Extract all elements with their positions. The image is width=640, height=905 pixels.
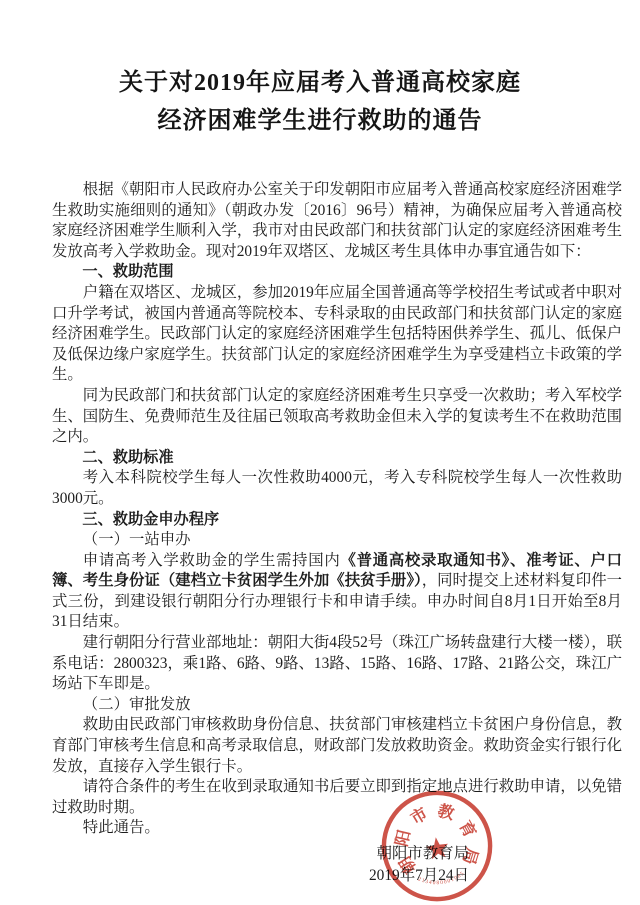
document-title-line-1: 关于对2019年应届考入普通高校家庭 bbox=[0, 64, 640, 102]
document-title-line-2: 经济困难学生进行救助的通告 bbox=[0, 102, 640, 140]
paragraph-scope-2: 同为民政部门和扶贫部门认定的家庭经济困难考生只享受一次救助；考入军校学生、国防生… bbox=[52, 386, 622, 448]
paragraph-intro: 根据《朝阳市人民政府办公室关于印发朝阳市应届考入普通高校家庭经济困难学生救助实施… bbox=[52, 180, 622, 262]
paragraph-approval: 救助由民政部门审核救助身份信息、扶贫部门审核建档立卡贫困户身份信息，教育部门审核… bbox=[52, 715, 622, 777]
paragraph-application: 申请高考入学救助金的学生需持国内《普通高校录取通知书》、准考证、户口簿、考生身份… bbox=[52, 551, 622, 633]
document-body: 根据《朝阳市人民政府办公室关于印发朝阳市应届考入普通高校家庭经济困难学生救助实施… bbox=[52, 180, 622, 887]
signature-organization: 朝阳市教育局 bbox=[52, 843, 469, 865]
section-heading-1: 一、救助范围 bbox=[52, 262, 622, 283]
paragraph-closing: 特此通告。 bbox=[52, 818, 622, 839]
section-heading-3: 三、救助金申办程序 bbox=[52, 510, 622, 531]
paragraph-standard: 考入本科院校学生每人一次性救助4000元，考入专科院校学生每人一次性救助3000… bbox=[52, 468, 622, 509]
section-heading-2: 二、救助标准 bbox=[52, 448, 622, 469]
paragraph-bank-address: 建行朝阳分行营业部地址：朝阳大街4段52号（珠江广场转盘建行大楼一楼），联系电话… bbox=[52, 633, 622, 695]
document-title: 关于对2019年应届考入普通高校家庭 经济困难学生进行救助的通告 bbox=[0, 0, 640, 140]
sub-heading-approval: （二）审批发放 bbox=[52, 695, 622, 716]
notice-document-page: 关于对2019年应届考入普通高校家庭 经济困难学生进行救助的通告 根据《朝阳市人… bbox=[0, 0, 640, 905]
application-text-pre: 申请高考入学救助金的学生需持国内 bbox=[83, 552, 341, 569]
sub-heading-one-stop: （一）一站申办 bbox=[52, 530, 622, 551]
paragraph-reminder: 请符合条件的考生在收到录取通知书后要立即到指定地点进行救助申请，以免错过救助时期… bbox=[52, 777, 622, 818]
signature-block: 朝阳市教育局 2019年7月24日 bbox=[52, 843, 622, 887]
paragraph-scope-1: 户籍在双塔区、龙城区，参加2019年应届全国普通高等学校招生考试或者中职对口升学… bbox=[52, 283, 622, 386]
signature-date: 2019年7月24日 bbox=[52, 865, 469, 887]
